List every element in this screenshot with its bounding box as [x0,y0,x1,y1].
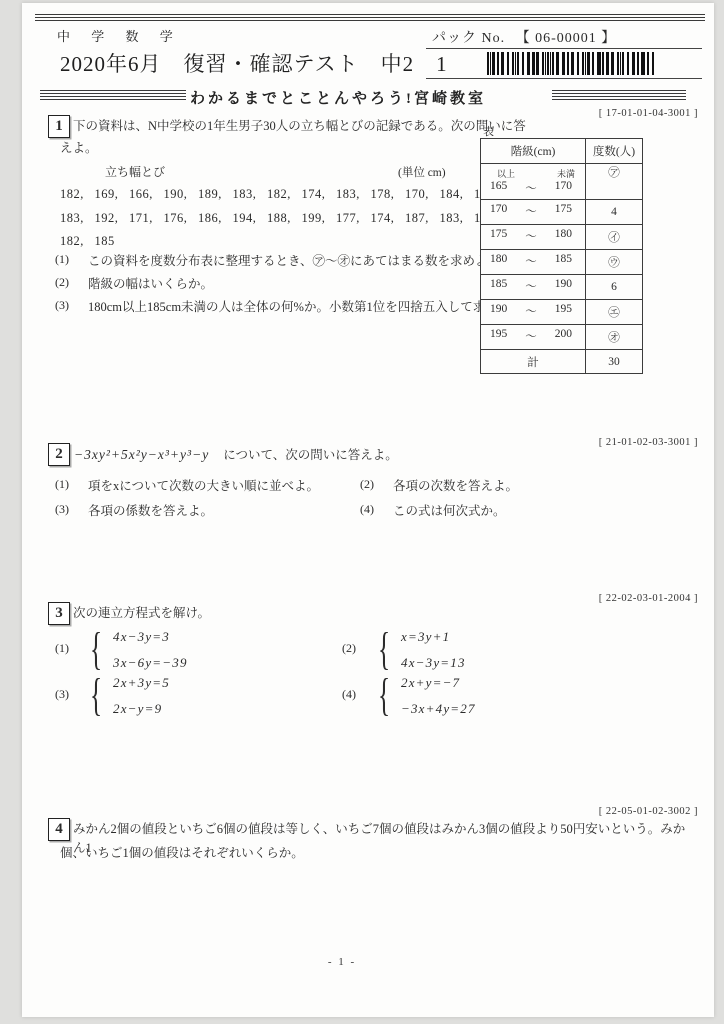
polynomial-expression: −3xy²+5x²y−x³+y³−y [74,447,209,462]
frequency-table: 階級(cm) 度数(人) 以上 未満 165 〜 170 ㋐ 170〜175 4 [480,138,643,374]
p3-sys2-brace: { [378,626,390,672]
p1-q2-num: (2) [55,275,69,290]
page-title: 2020年6月 復習・確認テスト 中2 1 [60,48,448,78]
page-number: - 1 - [0,956,684,968]
tilde: 〜 [525,253,537,269]
class-to: 175 [555,203,572,219]
frequency-value: 4 [586,200,643,225]
p2-q3-num: (3) [55,502,69,517]
p3-sys3-brace: { [90,672,102,718]
p1-q1-text: この資料を度数分布表に整理するとき、㋐～㋔にあてはまる数を求めよ。 [88,251,500,269]
class-from: 165 [490,180,507,196]
miman-label: 未満 [557,167,575,180]
frequency-value: ㋒ [586,250,643,275]
col-header-frequency: 度数(人) [586,139,643,164]
problem1-text-line1: 下の資料は、N中学校の1年生男子30人の立ち幅とびの記録である。次の問いに答 [73,117,526,136]
p2-q1-num: (1) [55,477,69,492]
problem3-lead: 次の連立方程式を解け。 [73,604,210,623]
class-to: 195 [555,303,572,319]
data-line-1: 182, 169, 166, 190, 189, 183, 182, 174, … [60,187,532,202]
class-from: 170 [490,203,507,219]
total-value: 30 [586,350,643,374]
p3-sys3-num: (3) [55,687,69,702]
table-label: 表 [483,123,494,139]
p2-q4-text: この式は何次式か。 [393,501,506,519]
tilde: 〜 [525,328,537,344]
problem4-text-line2: 個、いちご1個の値段はそれぞれいくらか。 [60,844,304,863]
problem1-number-box: 1 [48,115,70,138]
class-from: 185 [490,278,507,294]
pack-number: パック No. 【 06-00001 】 [432,27,700,47]
data-line-3: 182, 185 [60,234,115,249]
problem2-code: [ 21-01-02-03-3001 ] [599,437,698,448]
tilde: 〜 [525,228,537,244]
p3-sys2-num: (2) [342,641,356,656]
p3-sys1-brace: { [90,626,102,672]
table-row: 175〜180 ㋑ [481,225,643,250]
table-row: 185〜190 6 [481,275,643,300]
p1-q1-num: (1) [55,252,69,267]
p2-q1-text: 項をxについて次数の大きい順に並べよ。 [88,476,319,494]
problem2-lead: について、次の問いに答えよ。 [223,448,398,462]
col-header-class: 階級(cm) [481,139,586,164]
frequency-value: ㋓ [586,300,643,325]
p1-q3-num: (3) [55,298,69,313]
data-unit: (単位 cm) [398,164,446,180]
class-to: 190 [555,278,572,294]
problem1-text-line2: えよ。 [60,139,98,158]
data-line-2: 183, 192, 171, 176, 186, 194, 188, 199, … [60,211,532,226]
table-row: 以上 未満 165 〜 170 ㋐ [481,164,643,200]
p3-sys4-num: (4) [342,687,356,702]
banner-rule-right [552,90,686,100]
p3-sys1-eq1: 4x−3y=3 [113,629,170,645]
p2-q3-text: 各項の係数を答えよ。 [88,501,213,519]
bounds-labels: 以上 未満 [481,164,585,180]
p3-sys4-brace: { [378,672,390,718]
frequency-value: ㋔ [586,325,643,350]
p3-sys4-eq1: 2x+y=−7 [401,675,460,691]
p2-q2-num: (2) [360,477,374,492]
top-rule [35,14,705,21]
class-to: 170 [555,180,572,196]
problem4-number-box: 4 [48,818,70,841]
tilde: 〜 [525,203,537,219]
subject-label: 中 学 数 学 [57,26,182,45]
problem1-code: [ 17-01-01-04-3001 ] [599,108,698,119]
pack-value: 【 06-00001 】 [516,31,617,46]
p3-sys1-num: (1) [55,641,69,656]
p2-q4-num: (4) [360,502,374,517]
p3-sys3-eq1: 2x+3y=5 [113,675,170,691]
tilde: 〜 [525,180,537,196]
p3-sys4-eq2: −3x+4y=27 [401,701,476,717]
table-header-row: 階級(cm) 度数(人) [481,139,643,164]
data-title: 立ち幅とび [105,163,165,180]
tilde: 〜 [525,303,537,319]
table-row: 190〜195 ㋓ [481,300,643,325]
class-range: 165 〜 170 [481,180,585,198]
pack-underline [426,48,702,49]
barcode [487,52,655,75]
frequency-value: 6 [586,275,643,300]
p1-q3-text: 180cm以上185cm未満の人は全体の何%か。小数第1位を四捨五入して求めよ。 [88,297,523,315]
problem2-statement: −3xy²+5x²y−x³+y³−y について、次の問いに答えよ。 [74,445,398,464]
class-from: 180 [490,253,507,269]
p1-q2-text: 階級の幅はいくらか。 [88,274,213,292]
tilde: 〜 [525,278,537,294]
p3-sys3-eq2: 2x−y=9 [113,701,162,717]
table-row: 195〜200 ㋔ [481,325,643,350]
frequency-value: ㋐ [586,164,643,200]
class-from: 175 [490,228,507,244]
table-total-row: 計 30 [481,350,643,374]
class-to: 200 [555,328,572,344]
class-to: 180 [555,228,572,244]
table-row: 180〜185 ㋒ [481,250,643,275]
total-label: 計 [481,350,586,374]
class-from: 190 [490,303,507,319]
problem3-code: [ 22-02-03-01-2004 ] [599,593,698,604]
table-row: 170〜175 4 [481,200,643,225]
problem4-code: [ 22-05-01-02-3002 ] [599,806,698,817]
p3-sys1-eq2: 3x−6y=−39 [113,655,188,671]
p3-sys2-eq1: x=3y+1 [401,629,450,645]
barcode-underline [426,78,702,79]
p3-sys2-eq2: 4x−3y=13 [401,655,466,671]
ijou-label: 以上 [497,167,515,180]
problem2-number-box: 2 [48,443,70,466]
p2-q2-text: 各項の次数を答えよ。 [393,476,518,494]
pack-label: パック No. [432,31,505,46]
class-to: 185 [555,253,572,269]
frequency-value: ㋑ [586,225,643,250]
problem3-number-box: 3 [48,602,70,625]
test-paper-page: 中 学 数 学 パック No. 【 06-00001 】 2020年6月 復習・… [0,0,724,1024]
slogan-banner: わかるまでとことんやろう!宮崎教室 [190,87,486,108]
class-from: 195 [490,328,507,344]
banner-rule-left [40,90,186,100]
